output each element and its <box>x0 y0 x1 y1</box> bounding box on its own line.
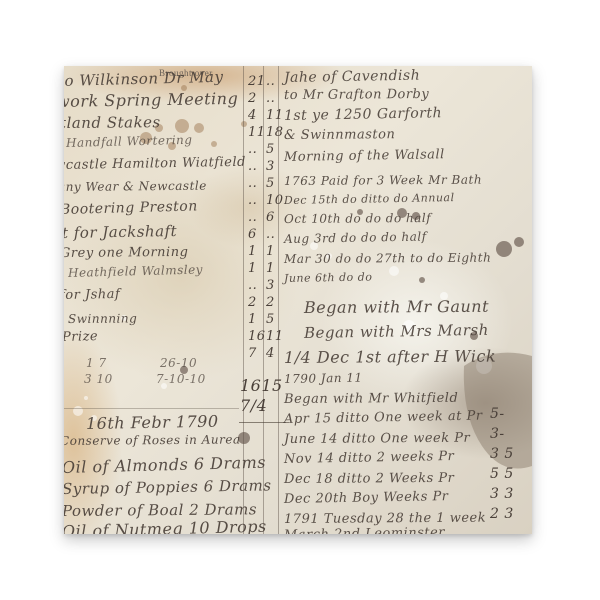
handwritten-line: work Spring Meeting <box>64 89 238 111</box>
handwritten-line: Oct 10th do do do half <box>284 211 431 226</box>
handwritten-line: 1790 Jan 11 <box>284 371 363 386</box>
handwritten-line: Began with Mr Gaunt <box>304 297 489 317</box>
handwritten-line: 5 <box>266 176 275 191</box>
handwritten-line: 1 <box>248 261 257 276</box>
handwritten-line: Prize <box>64 329 98 345</box>
handwritten-line: 11 <box>266 108 284 123</box>
handwritten-line: Morning of the Walsall <box>284 147 445 165</box>
handwritten-line: 21 <box>248 74 266 89</box>
handwritten-line: .. <box>248 278 257 293</box>
handwritten-line: Began with Mr Whitfield <box>284 391 458 407</box>
handwritten-line: Dec 18 ditto 2 Weeks Pr <box>284 471 454 487</box>
handwritten-line: 6 <box>248 227 257 242</box>
ledger-total-rule <box>239 422 289 423</box>
handwritten-line: 1 <box>266 261 275 276</box>
handwritten-line: tland Stakes <box>64 113 161 132</box>
handwritten-line: Swinnning <box>68 311 137 326</box>
handwritten-line: Mar 30 do do 27th to do Eighth <box>284 251 491 266</box>
handwritten-line: 16 <box>248 329 266 344</box>
scrapbook-paper: Brought over to Wilkinson Dr Maywork Spr… <box>64 66 532 534</box>
handwritten-line: Aug 3rd do do do half <box>284 230 427 246</box>
ledger-row-rule <box>64 408 239 409</box>
ledger-figure: 2 3 <box>490 506 514 522</box>
handwritten-line: 2 <box>266 295 275 310</box>
ledger-amount: 1615 <box>240 376 283 395</box>
ledger-figure: 1 7 <box>86 356 107 370</box>
handwritten-line: 5 <box>266 142 275 157</box>
handwritten-line: .. <box>248 176 257 191</box>
handwritten-line: 4 <box>266 346 275 361</box>
ledger-amount: 7/4 <box>240 396 267 415</box>
handwritten-line: 4 <box>248 108 257 123</box>
handwritten-line: 1st ye 1250 Garforth <box>284 105 442 124</box>
ledger-figure: 3 5 <box>490 446 514 462</box>
handwritten-line: .. <box>248 159 257 174</box>
handwritten-line: .. <box>266 74 275 89</box>
handwritten-line: 2 <box>248 91 257 106</box>
handwritten-line: 1791 Tuesday 28 the 1 week <box>284 511 486 527</box>
ledger-figure: 3 10 <box>84 372 113 386</box>
handwritten-line: Dec 20th Boy Weeks Pr <box>284 489 449 507</box>
ledger-figure: 5- <box>490 406 505 422</box>
handwritten-line: 5 <box>266 312 275 327</box>
ledger-figure: 7-10-10 <box>156 372 206 386</box>
handwritten-line: 1 <box>248 312 257 327</box>
handwritten-line: .. <box>248 193 257 208</box>
handwritten-line: 7 <box>248 346 257 361</box>
handwritten-line: for Jshaf <box>64 287 120 303</box>
handwritten-line: Nov 14 ditto 2 weeks Pr <box>284 449 455 467</box>
handwritten-line: 18 <box>266 125 284 140</box>
handwritten-line: .. <box>266 91 275 106</box>
ledger-figure: 26-10 <box>160 356 197 370</box>
handwritten-line: 1 <box>248 244 257 259</box>
handwritten-line: 11 <box>266 329 284 344</box>
handwritten-line: t for Jackshaft <box>64 222 177 242</box>
handwritten-line: 2 <box>248 295 257 310</box>
handwritten-line: to Mr Grafton Dorby <box>284 87 429 103</box>
handwritten-line: 1/4 Dec 1st after H Wick <box>284 347 496 367</box>
handwritten-line: 3 <box>266 278 275 293</box>
handwritten-line: any Wear & Newcastle <box>64 179 207 194</box>
handwritten-line: 10 <box>266 193 284 208</box>
handwritten-line: .. <box>248 210 257 225</box>
handwritten-line: Conserve of Roses in Aurea <box>64 432 241 448</box>
handwritten-line: .. <box>266 227 275 242</box>
handwritten-line: 16th Febr 1790 <box>86 412 219 433</box>
handwritten-line: 6 <box>266 210 275 225</box>
handwritten-line: Jahe of Cavendish <box>284 68 420 86</box>
ledger-figure: 3- <box>490 426 505 442</box>
handwritten-line: 1763 Paid for 3 Week Mr Bath <box>284 173 482 188</box>
ledger-figure: 3 3 <box>490 486 514 502</box>
handwritten-line: .. <box>248 142 257 157</box>
handwritten-line: 11 <box>248 125 266 140</box>
ledger-figure: 5 5 <box>490 466 514 482</box>
handwritten-line: 1 <box>266 244 275 259</box>
handwritten-line: June 6th do do <box>284 270 373 285</box>
handwritten-line: Began with Mrs Marsh <box>304 321 489 342</box>
handwritten-line: 3 <box>266 159 275 174</box>
handwritten-line: June 14 ditto One week Pr <box>284 431 470 447</box>
handwritten-line: Grey one Morning <box>64 245 188 261</box>
handwritten-line: Syrup of Poppies 6 Drams <box>64 476 272 498</box>
handwritten-line: & Swinnmaston <box>284 127 395 143</box>
